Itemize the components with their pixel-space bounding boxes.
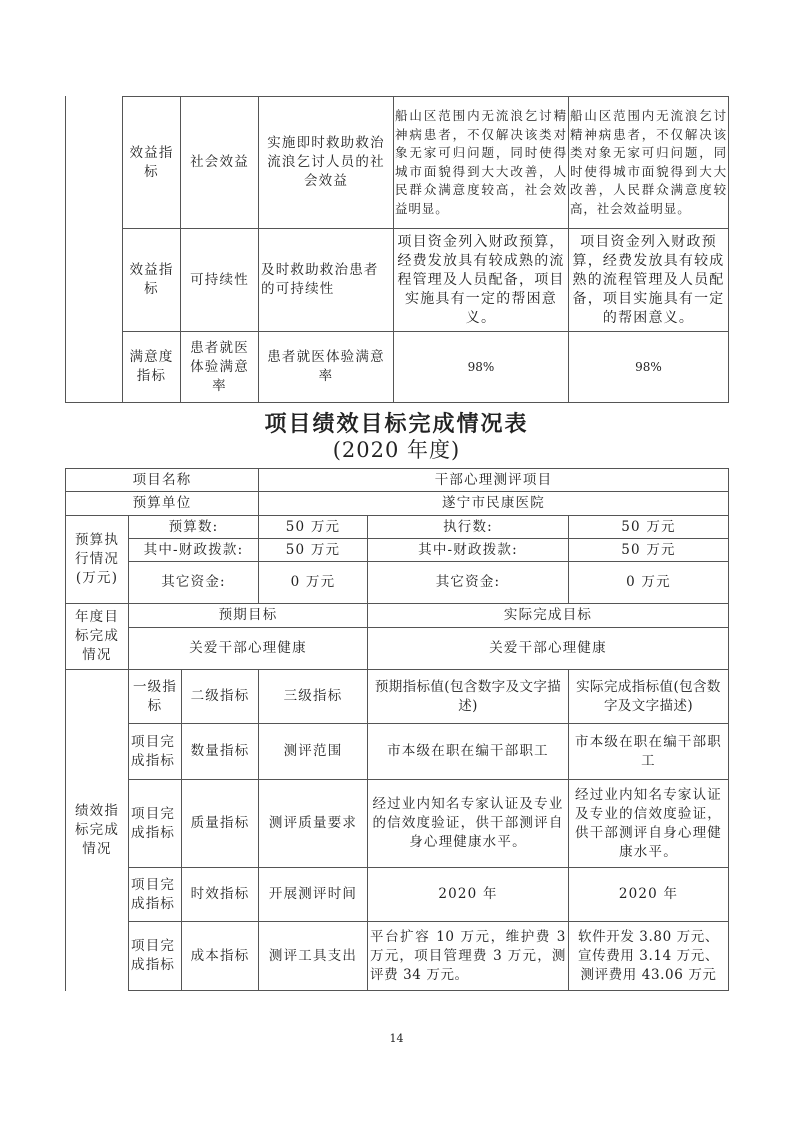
- page-number: 14: [0, 1032, 793, 1045]
- perf-row2-level2: 质量指标: [182, 780, 258, 867]
- expected-goal-value: 关爱干部心理健康: [129, 628, 367, 669]
- budget-unit-label: 预算单位: [66, 492, 258, 515]
- actual-goal-value: 关爱干部心理健康: [368, 628, 728, 669]
- perf-row3-expected: 2020 年: [368, 868, 568, 921]
- header-level2: 二级指标: [182, 670, 258, 723]
- expected-goal-header: 预期目标: [129, 604, 367, 627]
- perf-row4-level1: 项目完成指标: [129, 922, 181, 990]
- other-value-budget: 0 万元: [259, 562, 367, 603]
- top-row2-actual: 项目资金列入财政预算，经费发放具有较成熟的流程管理及人员配备，项目实施具有一定的…: [569, 229, 728, 331]
- budget-exec-label: 预算执行情况(万元): [66, 516, 128, 603]
- top-row2-expected: 项目资金列入财政预算，经费发放具有较成熟的流程管理及人员配备，项目实施具有一定的…: [394, 229, 568, 331]
- other-value-exec: 0 万元: [569, 562, 728, 603]
- perf-row4-actual: 软件开发 3.80 万元、宣传费用 3.14 万元、测评费用 43.06 万元: [569, 922, 728, 990]
- actual-goal-header: 实际完成目标: [368, 604, 728, 627]
- top-row2-level1: 效益指标: [123, 229, 180, 331]
- header-level1: 一级指标: [129, 670, 181, 723]
- perf-row3-level2: 时效指标: [182, 868, 258, 921]
- document-page: 效益指标 社会效益 实施即时救助救治流浪乞讨人员的社会效益 船山区范围内无流浪乞…: [0, 0, 793, 1122]
- other-label-budget: 其它资金:: [129, 562, 258, 603]
- perf-row2-expected: 经过业内知名专家认证及专业的信效度验证，供干部测评自身心理健康水平。: [368, 780, 568, 867]
- perf-row4-level2: 成本指标: [182, 922, 258, 990]
- perf-row1-level1: 项目完成指标: [129, 724, 181, 779]
- perf-row2-actual: 经过业内知名专家认证及专业的信效度验证，供干部测评自身心理健康水平。: [569, 780, 728, 867]
- header-actual: 实际完成指标值(包含数字及文字描述): [569, 670, 728, 723]
- top-row3-level2: 患者就医体验满意率: [181, 332, 258, 402]
- budget-amount-value: 50 万元: [259, 516, 367, 538]
- top-row3-level1: 满意度指标: [123, 332, 180, 402]
- perf-row2-level3: 测评质量要求: [259, 780, 367, 867]
- top-row1-level1: 效益指标: [123, 97, 180, 228]
- exec-amount-label: 执行数:: [368, 516, 568, 538]
- top-row1-expected: 船山区范围内无流浪乞讨精神病患者，不仅解决该类对象无家可归问题，同时使得城市面貌…: [394, 97, 568, 228]
- header-level3: 三级指标: [259, 670, 367, 723]
- perf-row2-level1: 项目完成指标: [129, 780, 181, 867]
- fiscal-label-budget: 其中-财政拨款:: [129, 539, 258, 561]
- perf-row1-level3: 测评范围: [259, 724, 367, 779]
- fiscal-value-exec: 50 万元: [569, 539, 728, 561]
- project-name-value: 干部心理测评项目: [259, 469, 728, 491]
- perf-row4-level3: 测评工具支出: [259, 922, 367, 990]
- header-expected: 预期指标值(包含数字及文字描述): [368, 670, 568, 723]
- top-row3-level3: 患者就医体验满意率: [259, 332, 393, 402]
- perf-row3-level3: 开展测评时间: [259, 868, 367, 921]
- annual-goal-label: 年度目标完成情况: [66, 604, 128, 669]
- perf-row3-level1: 项目完成指标: [129, 868, 181, 921]
- budget-amount-label: 预算数:: [129, 516, 258, 538]
- budget-unit-value: 遂宁市民康医院: [259, 492, 728, 515]
- top-row1-level3: 实施即时救助救治流浪乞讨人员的社会效益: [259, 97, 393, 228]
- top-row1-level2: 社会效益: [181, 97, 258, 228]
- fiscal-value-budget: 50 万元: [259, 539, 367, 561]
- other-label-exec: 其它资金:: [368, 562, 568, 603]
- perf-row1-level2: 数量指标: [182, 724, 258, 779]
- perf-row1-actual: 市本级在职在编干部职工: [569, 724, 728, 779]
- top-row3-actual: 98%: [569, 332, 728, 402]
- perf-row4-expected: 平台扩容 10 万元，维护费 3 万元，项目管理费 3 万元，测评费 34 万元…: [368, 922, 568, 990]
- top-row2-level3: 及时救助救治患者的可持续性: [259, 229, 393, 331]
- perf-row1-expected: 市本级在职在编干部职工: [368, 724, 568, 779]
- exec-amount-value: 50 万元: [569, 516, 728, 538]
- page-subtitle: (2020 年度): [0, 434, 793, 464]
- perf-section-label: 绩效指标完成情况: [66, 670, 128, 990]
- project-name-label: 项目名称: [66, 469, 258, 491]
- top-row2-level2: 可持续性: [181, 229, 258, 331]
- perf-row3-actual: 2020 年: [569, 868, 728, 921]
- fiscal-label-exec: 其中-财政拨款:: [368, 539, 568, 561]
- top-row1-actual: 船山区范围内无流浪乞讨精神病患者，不仅解决该类对象无家可归问题，同时使得城市面貌…: [569, 97, 728, 228]
- top-row3-expected: 98%: [394, 332, 568, 402]
